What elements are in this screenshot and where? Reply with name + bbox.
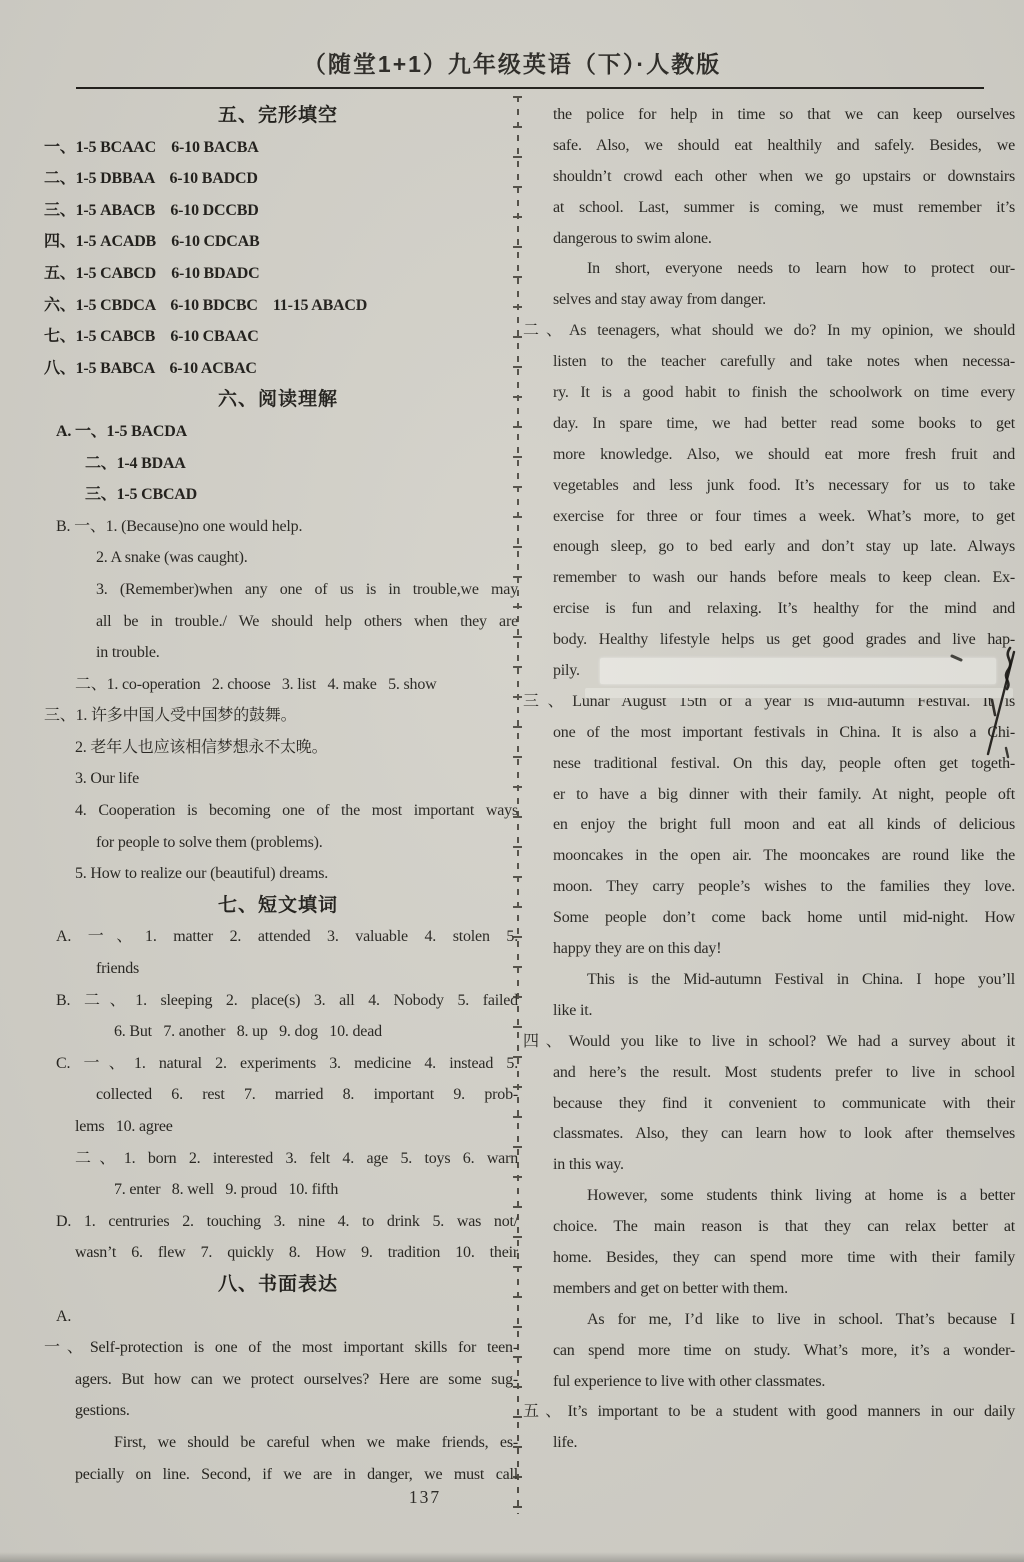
text-line: 五、1-5 CABCD 6-10 BDADC [38, 258, 518, 290]
text-line: agers. But how can we protect ourselves?… [38, 1364, 518, 1396]
text-line: 五、完形填空 [38, 100, 518, 132]
text-line: 三、1. 许多中国人受中国梦的鼓舞。 [38, 700, 518, 732]
text-line: As for me, I’d like to live in school. T… [523, 1305, 1015, 1336]
text-line: A. [38, 1301, 518, 1333]
text-line: can spend more time on study. What’s mor… [523, 1336, 1015, 1367]
text-line: 七、短文填词 [38, 890, 518, 922]
text-line: 3. Our life [38, 763, 518, 795]
text-line: 7. enter 8. well 9. proud 10. fifth [38, 1174, 518, 1206]
text-line: vegetables and less junk food. It’s nece… [523, 471, 1015, 502]
text-line: This is the Mid-autumn Festival in China… [523, 965, 1015, 996]
text-line: exercise for three or four times a week.… [523, 502, 1015, 533]
text-line: in trouble. [38, 637, 518, 669]
text-line: members and get on better with them. [523, 1274, 1015, 1305]
text-line: pecially on line. Second, if we are in d… [38, 1459, 518, 1491]
text-line: day. In spare time, we had better read s… [523, 409, 1015, 440]
correction-tape-mark [600, 658, 996, 684]
text-line: choice. The main reason is that they can… [523, 1212, 1015, 1243]
text-line: at school. Last, summer is coming, we mu… [523, 193, 1015, 224]
text-line: 5. How to realize our (beautiful) dreams… [38, 858, 518, 890]
text-line: 二、1-5 DBBAA 6-10 BADCD [38, 163, 518, 195]
page-number: 137 [350, 1487, 500, 1508]
text-line: However, some students think living at h… [523, 1181, 1015, 1212]
text-line: dangerous to swim alone. [523, 224, 1015, 255]
text-line: 八、1-5 BABCA 6-10 ACBAC [38, 353, 518, 385]
text-line: ful experience to live with other classm… [523, 1367, 1015, 1398]
text-line: 二、1-4 BDAA [38, 448, 518, 480]
text-line: First, we should be careful when we make… [38, 1427, 518, 1459]
text-line: 6. But 7. another 8. up 9. dog 10. dead [38, 1016, 518, 1048]
text-line: C. 一、1. natural 2. experiments 3. medici… [38, 1048, 518, 1080]
text-line: 六、1-5 CBDCA 6-10 BDCBC 11-15 ABACD [38, 290, 518, 322]
text-line: friends [38, 953, 518, 985]
text-line: 四、1-5 ACADB 6-10 CDCAB [38, 226, 518, 258]
text-line: 二、As teenagers, what should we do? In my… [523, 316, 1015, 347]
column-divider-dashed-line [513, 96, 522, 1514]
text-line: 3. (Remember)when any one of us is in tr… [38, 574, 518, 606]
text-line: A. 一、1-5 BACDA [38, 416, 518, 448]
page-title: （随堂1+1）九年级英语（下）·人教版 [0, 46, 1024, 79]
text-line: ercise is fun and relaxing. It’s healthy… [523, 594, 1015, 625]
text-line: classmates. Also, they can learn how to … [523, 1119, 1015, 1150]
text-line: mooncakes in the open air. The mooncakes… [523, 841, 1015, 872]
text-line: shouldn’t crowd each other when we go up… [523, 162, 1015, 193]
text-line: 4. Cooperation is becoming one of the mo… [38, 795, 518, 827]
header-divider-rule [76, 87, 984, 89]
text-line: Some people don’t come back home until m… [523, 903, 1015, 934]
text-line: B. 二、1. sleeping 2. place(s) 3. all 4. N… [38, 985, 518, 1017]
text-line: 一、Self-protection is one of the most imp… [38, 1332, 518, 1364]
scanned-answer-page: （随堂1+1）九年级英语（下）·人教版 五、完形填空一、1-5 BCAAC 6-… [0, 0, 1024, 1562]
text-line: 二、1. co-operation 2. choose 3. list 4. m… [38, 669, 518, 701]
scan-edge-shadow [0, 1552, 1024, 1562]
text-line: 四、Would you like to live in school? We h… [523, 1027, 1015, 1058]
text-line: for people to solve them (problems). [38, 827, 518, 859]
text-line: 七、1-5 CABCB 6-10 CBAAC [38, 321, 518, 353]
text-line: 一、1-5 BCAAC 6-10 BACBA [38, 132, 518, 164]
text-line: 五、It’s important to be a student with go… [523, 1397, 1015, 1428]
text-line: D. 1. centruries 2. touching 3. nine 4. … [38, 1206, 518, 1238]
text-line: A. 一、1. matter 2. attended 3. valuable 4… [38, 921, 518, 953]
text-line: 三、1-5 ABACB 6-10 DCCBD [38, 195, 518, 227]
text-line: like it. [523, 996, 1015, 1027]
text-line: B. 一、1. (Because)no one would help. [38, 511, 518, 543]
text-line: remember to wash our hands before meals … [523, 563, 1015, 594]
text-line: and here’s the result. Most students pre… [523, 1058, 1015, 1089]
text-line: 2. 老年人也应该相信梦想永不太晚。 [38, 732, 518, 764]
text-line: because they find it convenient to commu… [523, 1089, 1015, 1120]
text-line: 三、1-5 CBCAD [38, 479, 518, 511]
text-line: er to have a big dinner with their famil… [523, 780, 1015, 811]
text-line: all be in trouble./ We should help other… [38, 606, 518, 638]
text-line: en enjoy the bright full moon and eat al… [523, 810, 1015, 841]
text-line: home. Besides, they can spend more time … [523, 1243, 1015, 1274]
text-line: enough sleep, go to bed early and don’t … [523, 532, 1015, 563]
left-column: 五、完形填空一、1-5 BCAAC 6-10 BACBA二、1-5 DBBAA … [38, 100, 518, 1490]
text-line: In short, everyone needs to learn how to… [523, 254, 1015, 285]
text-line: in this way. [523, 1150, 1015, 1181]
text-line: safe. Also, we should eat healthily and … [523, 131, 1015, 162]
text-line: wasn’t 6. flew 7. quickly 8. How 9. trad… [38, 1237, 518, 1269]
text-line: listen to the teacher carefully and take… [523, 347, 1015, 378]
text-line: gestions. [38, 1395, 518, 1427]
text-line: 2. A snake (was caught). [38, 542, 518, 574]
text-line: 六、阅读理解 [38, 384, 518, 416]
text-line: collected 6. rest 7. married 8. importan… [38, 1079, 518, 1111]
pen-squiggle-mark [938, 642, 1024, 782]
text-line: happy they are on this day! [523, 934, 1015, 965]
text-line: moon. They carry people’s wishes to the … [523, 872, 1015, 903]
text-line: selves and stay away from danger. [523, 285, 1015, 316]
text-line: ry. It is a good habit to finish the sch… [523, 378, 1015, 409]
text-line: life. [523, 1428, 1015, 1459]
text-line: more knowledge. Also, we should eat more… [523, 440, 1015, 471]
text-line: the police for help in time so that we c… [523, 100, 1015, 131]
text-line: 二、1. born 2. interested 3. felt 4. age 5… [38, 1143, 518, 1175]
text-line: lems 10. agree [38, 1111, 518, 1143]
text-line: 八、书面表达 [38, 1269, 518, 1301]
